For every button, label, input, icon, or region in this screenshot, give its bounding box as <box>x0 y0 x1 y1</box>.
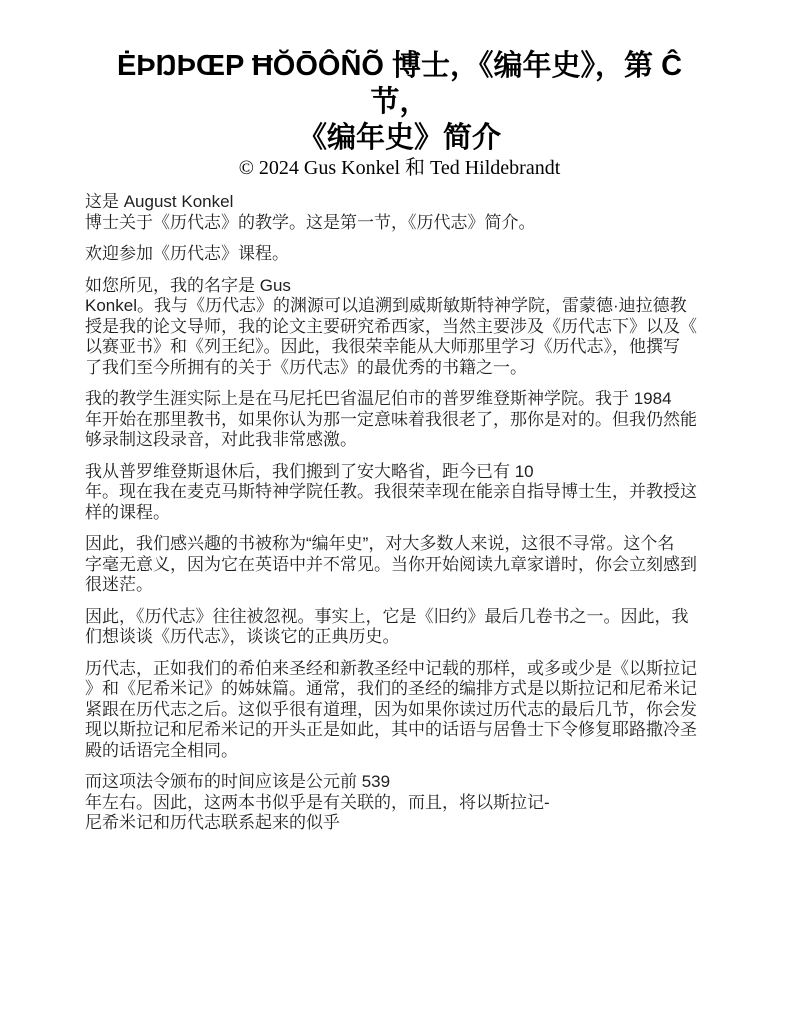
paragraph: 因此，《历代志》往往被忽视。事实上，它是《旧约》最后几卷书之一。因此，我 们想谈… <box>85 607 714 648</box>
document-header: ĖÞŊÞŒP ĦŎŌÔÑÕ 博士，《编年史》，第 Ĉ 节， 《编年史》简介 © … <box>85 48 714 180</box>
paragraph: 如您所见，我的名字是 Gus Konkel。我与《历代志》的渊源可以追溯到威斯敏… <box>85 276 714 379</box>
paragraph: 欢迎参加《历代志》课程。 <box>85 244 714 265</box>
copyright-line: © 2024 Gus Konkel 和 Ted Hildebrandt <box>85 156 714 180</box>
page-title: ĖÞŊÞŒP ĦŎŌÔÑÕ 博士，《编年史》，第 Ĉ 节， 《编年史》简介 <box>85 48 714 156</box>
paragraph: 因此，我们感兴趣的书被称为“编年史”，对大多数人来说，这很不寻常。这个名 字毫无… <box>85 534 714 596</box>
paragraph: 我的教学生涯实际上是在马尼托巴省温尼伯市的普罗维登斯神学院。我于 1984 年开… <box>85 389 714 451</box>
paragraph: 我从普罗维登斯退休后，我们搬到了安大略省，距今已有 10 年。现在我在麦克马斯特… <box>85 462 714 524</box>
document-page: ĖÞŊÞŒP ĦŎŌÔÑÕ 博士，《编年史》，第 Ĉ 节， 《编年史》简介 © … <box>0 0 794 1024</box>
paragraph: 而这项法令颁布的时间应该是公元前 539 年左右。因此，这两本书似乎是有关联的，… <box>85 772 714 834</box>
paragraph: 历代志，正如我们的希伯来圣经和新教圣经中记载的那样，或多或少是《以斯拉记 》和《… <box>85 659 714 762</box>
paragraph: 这是 August Konkel 博士关于《历代志》的教学。这是第一节，《历代志… <box>85 192 714 233</box>
document-body: 这是 August Konkel 博士关于《历代志》的教学。这是第一节，《历代志… <box>85 192 714 834</box>
